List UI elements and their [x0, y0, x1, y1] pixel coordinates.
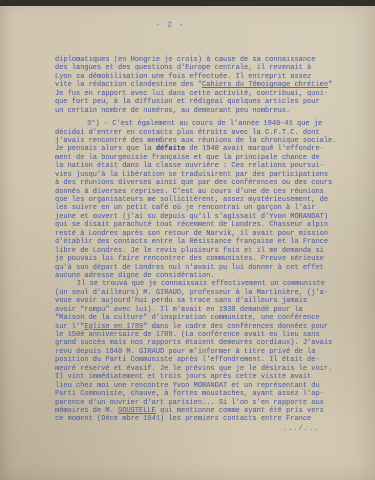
document-line: sur l'"Eglise en 1789" dans le cadre des… — [55, 323, 341, 331]
text-segment: aucune adresse digne de considération. — [55, 272, 215, 280]
text-segment: donnés à diverses reprises. C'est au cou… — [55, 188, 324, 196]
document-line: "Maison de la culture" d'inspiration com… — [55, 314, 341, 322]
emphasized-text: défaite — [156, 145, 185, 153]
text-segment: grand succès mais nos rapports étaient d… — [55, 339, 332, 347]
document-line: position du Parti Communiste après l'eff… — [55, 356, 341, 364]
text-segment: Je fus en rapport avec lui dans cette ac… — [55, 90, 328, 98]
text-segment: des langues et des questions d'Europe ce… — [55, 64, 311, 72]
document-line: Je pensais alors que la défaite de 1940 … — [55, 145, 341, 153]
document-line: Il vint immédiatement et trois jours apr… — [55, 373, 341, 381]
document-line: libre de Londres. Je le revis plusieurs … — [55, 247, 341, 255]
text-segment: qu'à son départ de Londres nul n'avait p… — [55, 264, 324, 272]
text-segment: avoir "rompu" avec lui). Il m'avait en 1… — [55, 306, 303, 314]
scanned-page: - 2 - diplomatiques (en Hongrie je crois… — [0, 0, 375, 480]
document-line: ce moment (Déce mbre 1941) les premiers … — [55, 415, 341, 423]
document-line: que fort peu, à la diffusion et rédigeai… — [55, 98, 341, 106]
text-segment: diplomatiques (en Hongrie je crois) à ca… — [55, 56, 315, 64]
document-line: qui se disait parachuté tout récemment d… — [55, 221, 341, 229]
text-segment: parence d'un ouvrier d'art parisien... S… — [55, 399, 324, 407]
document-line: resté à Londres après son retour de Narv… — [55, 230, 341, 238]
document-line: vite la rédaction clandestine des "Cahie… — [55, 81, 341, 89]
document-line: grand succès mais nos rapports étaient d… — [55, 339, 341, 347]
text-segment: je pouvais lui faire rencontrer des comm… — [55, 255, 324, 263]
document-line: d'établir des contacts entre la Résistan… — [55, 238, 341, 246]
text-segment: " — [328, 81, 332, 89]
text-segment: sur l'" — [55, 323, 84, 331]
underlined-text: SOUSTELLE — [118, 407, 156, 415]
scan-edge — [0, 0, 375, 6]
document-line: avoir "rompu" avec lui). Il m'avait en 1… — [55, 306, 341, 314]
text-segment: que les organisateurs me sollicitèrent, … — [55, 196, 328, 204]
document-line: Je fus en rapport avec lui dans cette ac… — [55, 90, 341, 98]
text-segment: la nation était dans la classe ouvrière … — [55, 162, 324, 170]
underlined-text: Cahiers du Témoignage chrétien — [202, 81, 328, 89]
text-segment: revu depuis 1940 M. GIRAUD pour m'inform… — [55, 348, 315, 356]
text-segment: un certain nombre de numéros, au demeura… — [55, 107, 290, 115]
document-line: (un seul d'ailleurs) M. GIRAUD, professe… — [55, 289, 341, 297]
text-segment: lieu chez moi une rencontre Yvon MORANDA… — [55, 382, 320, 390]
document-line: vies jusqu'à la Libération se traduisire… — [55, 171, 341, 179]
text-segment: "Maison de la culture" d'inspiration com… — [55, 314, 320, 322]
document-line: 3°) - C'est également au cours de l'anné… — [55, 120, 341, 128]
document-line: meuré réservé et évasif. Je le prévins q… — [55, 365, 341, 373]
text-segment: décidai d'entrer en contacts plus étroit… — [55, 129, 320, 137]
text-segment: Il se trouva que je connaissais effectiv… — [77, 280, 325, 288]
text-segment: le 150è anniversaire de 1789. (La confér… — [55, 331, 320, 339]
text-segment: position du Parti Communiste après l'eff… — [55, 356, 320, 364]
text-segment: qui mentionne comme ayant été pris vers — [156, 407, 324, 415]
document-line: parence d'un ouvrier d'art parisien... S… — [55, 399, 341, 407]
text-segment: mémoires de M. — [55, 407, 118, 415]
document-line: Il se trouva que je connaissais effectiv… — [55, 280, 341, 288]
text-segment: d'établir des contacts entre la Résistan… — [55, 238, 328, 246]
text-segment: Il vint immédiatement et trois jours apr… — [55, 373, 311, 381]
paragraph: 3°) - C'est également au cours de l'anné… — [55, 120, 341, 280]
document-line: les suivre en un petit café où je rencon… — [55, 204, 341, 212]
text-segment: (un seul d'ailleurs) M. GIRAUD, professe… — [55, 289, 328, 297]
document-line: des langues et des questions d'Europe ce… — [55, 64, 341, 72]
text-segment: les suivre en un petit café où je rencon… — [55, 204, 315, 212]
document-line: Parti Communiste, chauve, à fortes moust… — [55, 390, 341, 398]
text-segment: resté à Londres après son retour de Narv… — [55, 230, 328, 238]
paragraph: diplomatiques (en Hongrie je crois) à ca… — [55, 56, 341, 115]
text-segment: ment de la bourgeoisie française et que … — [55, 154, 320, 162]
text-segment: meuré réservé et évasif. Je le prévins q… — [55, 365, 332, 373]
underlined-text: Eglise en 1789 — [84, 323, 143, 331]
document-line: qu'à son départ de Londres nul n'avait p… — [55, 264, 341, 272]
document-line: voue avoir aujourd'hui perdu sa trace sa… — [55, 297, 341, 305]
text-segment: Parti Communiste, chauve, à fortes moust… — [55, 390, 324, 398]
text-segment: Lyon sa démobilisation une fois effectué… — [55, 73, 311, 81]
document-line: je pouvais lui faire rencontrer des comm… — [55, 255, 341, 263]
text-segment: de 1940 avait marqué l'effondre- — [185, 145, 324, 153]
document-line: ment de la bourgeoisie française et que … — [55, 154, 341, 162]
paragraph: Il se trouva que je connaissais effectiv… — [55, 280, 341, 423]
text-segment: que fort peu, à la diffusion et rédigeai… — [55, 98, 320, 106]
text-segment: libre de Londres. Je le revis plusieurs … — [55, 247, 324, 255]
text-segment: voue avoir aujourd'hui perdu sa trace sa… — [55, 297, 307, 305]
document-line: lieu chez moi une rencontre Yvon MORANDA… — [55, 382, 341, 390]
text-segment: ce moment (Déce mbre 1941) les premiers … — [55, 415, 311, 423]
text-segment: à des réunions diverses ainsi que par de… — [55, 179, 332, 187]
document-line: un certain nombre de numéros, au demeura… — [55, 107, 341, 115]
text-segment: j'avais rencontré des membres aux réunio… — [55, 137, 336, 145]
document-line: la nation était dans la classe ouvrière … — [55, 162, 341, 170]
document-line: décidai d'entrer en contacts plus étroit… — [55, 129, 341, 137]
document-line: donnés à diverses reprises. C'est au cou… — [55, 188, 341, 196]
text-segment: jeune et ouvert (j'ai su depuis qu'il s'… — [55, 213, 328, 221]
document-line: à des réunions diverses ainsi que par de… — [55, 179, 341, 187]
text-segment: vite la rédaction clandestine des " — [55, 81, 202, 89]
document-text: diplomatiques (en Hongrie je crois) à ca… — [55, 56, 341, 424]
text-segment: vies jusqu'à la Libération se traduisire… — [55, 171, 328, 179]
text-segment: qui se disait parachuté tout récemment d… — [55, 221, 328, 229]
continuation-mark: .../... — [283, 425, 319, 433]
text-segment: 3°) - C'est également au cours de l'anné… — [87, 120, 322, 128]
text-segment: " dans le cadre des conférences données … — [143, 323, 328, 331]
page-number: - 2 - — [130, 21, 210, 30]
text-segment: Je pensais alors que la — [55, 145, 156, 153]
